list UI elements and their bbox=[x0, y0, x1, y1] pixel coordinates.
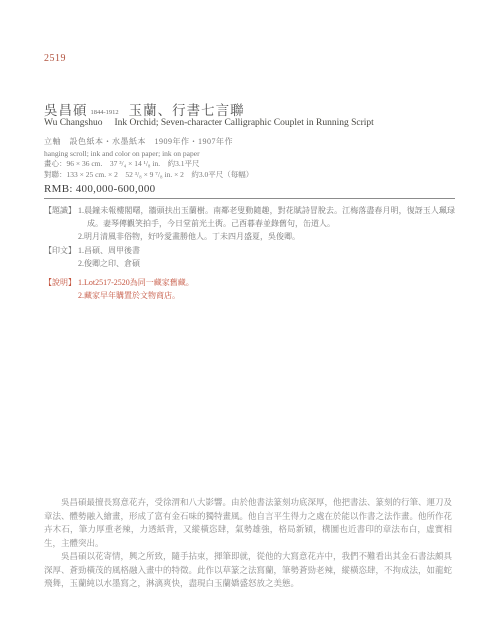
size-line-couplet: 對聯：133 × 25 cm. × 2 52 ³/₈ × 9 ⁷/₈ in. ×… bbox=[44, 170, 253, 181]
provenance-item: 2.藏家早年購置於文物商店。 bbox=[78, 289, 455, 302]
essay-text: 吳昌碩最擅長寫意花卉，受徐渭和八大影響。由於他書法篆刻功底深厚，他把書法、篆刻的… bbox=[44, 496, 452, 591]
medium-line-en: hanging scroll; ink and color on paper; … bbox=[44, 149, 253, 160]
provenance-section: 【說明】 1.Lot2517-2520為同一藏家舊藏。 2.藏家早年購置於文物商… bbox=[44, 276, 455, 302]
seal-section: 【印文】 1.昌碩、周甲後書 2.俊卿之印、倉碩 bbox=[44, 244, 455, 270]
provenance-item: 1.Lot2517-2520為同一藏家舊藏。 bbox=[78, 276, 455, 289]
inscription-items: 1.晨鐘未報樓閣曙，牆頭扶出玉蘭樹。南鄰老叟動隨趣，對花賦詩冒脫去。江梅落盡春月… bbox=[78, 204, 455, 244]
lot-number: 2519 bbox=[44, 53, 66, 64]
artist-name-en: Wu Changshuo bbox=[44, 118, 102, 128]
artwork-title-en-text: Ink Orchid; Seven-character Calligraphic… bbox=[114, 118, 373, 128]
artist-name-cn: 吳昌碩 bbox=[44, 103, 88, 118]
inscription-item: 1.晨鐘未報樓閣曙，牆頭扶出玉蘭樹。南鄰老叟動隨趣，對花賦詩冒脫去。江梅落盡春月… bbox=[78, 204, 455, 230]
catalog-notes: 【題識】 1.晨鐘未報樓閣曙，牆頭扶出玉蘭樹。南鄰老叟動隨趣，對花賦詩冒脫去。江… bbox=[44, 204, 455, 302]
artist-dates: 1844-1912 bbox=[91, 109, 119, 116]
divider-line bbox=[44, 198, 455, 199]
artwork-title-cn: 吳昌碩1844-1912玉蘭、行書七言聯 bbox=[44, 99, 245, 119]
inscription-item: 2.明月清風非俗物，好吟愛畫勝他人。丁未四月盛夏，吳俊卿。 bbox=[78, 230, 455, 243]
essay-paragraph: 吳昌碩最擅長寫意花卉，受徐渭和八大影響。由於他書法篆刻功底深厚，他把書法、篆刻的… bbox=[44, 496, 452, 550]
seal-items: 1.昌碩、周甲後書 2.俊卿之印、倉碩 bbox=[78, 244, 455, 270]
inscription-section: 【題識】 1.晨鐘未報樓閣曙，牆頭扶出玉蘭樹。南鄰老叟動隨趣，對花賦詩冒脫去。江… bbox=[44, 204, 455, 244]
estimate-price: RMB: 400,000-600,000 bbox=[44, 183, 155, 195]
provenance-label: 【說明】 bbox=[44, 276, 78, 289]
auction-catalog-page: 2519 吳昌碩1844-1912玉蘭、行書七言聯 Wu ChangshuoIn… bbox=[0, 0, 480, 619]
artwork-title-en: Wu ChangshuoInk Orchid; Seven-character … bbox=[44, 118, 374, 128]
provenance-items: 1.Lot2517-2520為同一藏家舊藏。 2.藏家早年購置於文物商店。 bbox=[78, 276, 455, 302]
format-line: 立軸 設色紙本・水墨紙本 1909年作・1907年作 bbox=[44, 137, 253, 148]
seal-item: 2.俊卿之印、倉碩 bbox=[78, 257, 455, 270]
seal-item: 1.昌碩、周甲後書 bbox=[78, 244, 455, 257]
inscription-label: 【題識】 bbox=[44, 204, 78, 217]
artwork-specs: 立軸 設色紙本・水墨紙本 1909年作・1907年作 hanging scrol… bbox=[44, 137, 253, 180]
seal-label: 【印文】 bbox=[44, 244, 78, 257]
essay-paragraph: 吳昌碩以花寄情，興之所致，隨手拈束，揮筆即就，從他的大寫意花卉中，我們不難看出其… bbox=[44, 550, 452, 591]
size-line-core: 畫心：96 × 36 cm. 37 ³/₄ × 14 ¹/₈ in. 約3.1平… bbox=[44, 159, 253, 170]
artwork-title-cn-text: 玉蘭、行書七言聯 bbox=[129, 103, 245, 118]
